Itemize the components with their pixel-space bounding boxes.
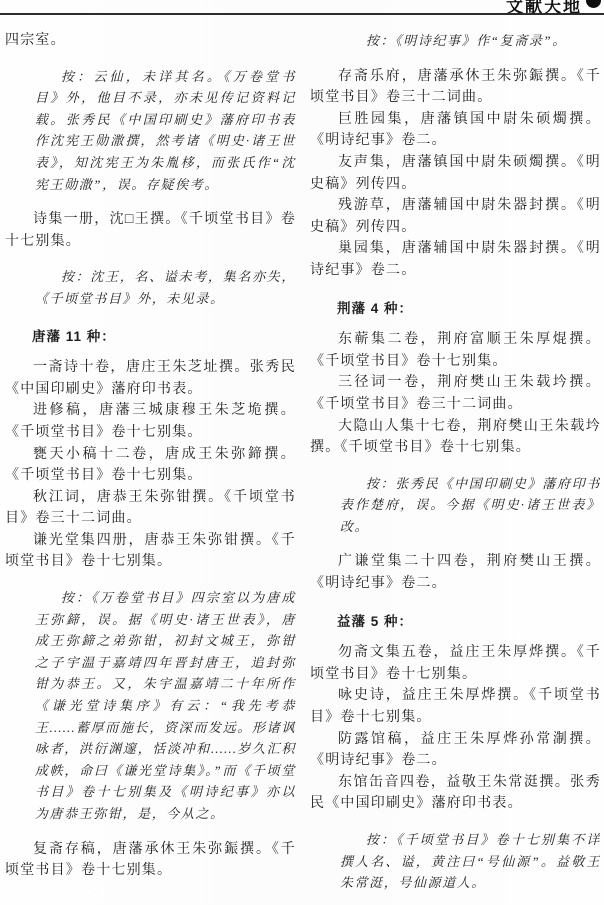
- entry-paragraph: 甕天小稿十二卷，唐成王朱弥鍗撰。《千顷堂书目》卷十七别集。: [5, 444, 296, 487]
- filled-circle-icon: [586, 0, 601, 8]
- book-page: 文献天地 四宗室。 按：云仙，未详其名。《万卷堂书目》外，他目不录，亦未见传记资…: [0, 0, 604, 905]
- entry-paragraph: 巨胜园集，唐藩镇国中尉朱硕燭撰。《明诗纪事》卷二。: [310, 109, 600, 152]
- annotation-note: 按：《千顷堂书目》卷十七别集不详撰人名、谥，黄注曰“号仙源”。益敬王朱常涏，号仙…: [310, 829, 600, 894]
- left-column: 四宗室。 按：云仙，未详其名。《万卷堂书目》外，他目不录，亦未见传记资料记载。张…: [5, 30, 296, 905]
- section-heading: 益藩 5 种：: [310, 611, 600, 633]
- text-columns: 四宗室。 按：云仙，未详其名。《万卷堂书目》外，他目不录，亦未见传记资料记载。张…: [5, 30, 600, 905]
- right-column: 按：《明诗纪事》作“复斋录”。 存斋乐府，唐藩承休王朱弥鋠撰。《千顷堂书目》卷三…: [310, 30, 600, 905]
- header-rule: [0, 13, 604, 15]
- entry-paragraph: 勿斋文集五卷，益庄王朱厚烨撰。《千顷堂书目》卷十七别集。: [310, 642, 600, 685]
- running-head: 文献天地: [0, 0, 604, 13]
- entry-paragraph: 咏史诗，益庄王朱厚烨撰。《千顷堂书目》卷十七别集。: [310, 685, 600, 728]
- annotation-note: 按：《明诗纪事》作“复斋录”。: [310, 30, 600, 52]
- entry-paragraph: 东馆缶音四卷，益敬王朱常涏撰。张秀民《中国印刷史》藩府印书表。: [310, 772, 600, 815]
- entry-paragraph: 复斋存稿，唐藩承休王朱弥鋠撰。《千顷堂书目》卷十七别集。: [5, 839, 296, 882]
- entry-paragraph: 谦光堂集四册，唐恭王朱弥钳撰。《千顷堂书目》卷十七别集。: [5, 530, 296, 573]
- entry-paragraph: 存斋乐府，唐藩承休王朱弥鋠撰。《千顷堂书目》卷三十二词曲。: [310, 66, 600, 109]
- annotation-note: 按：《万卷堂书目》四宗室以为唐成王弥鍗，误。据《明史·诸王世表》，唐成王弥鍗之弟…: [5, 587, 296, 825]
- entry-paragraph: 防露馆稿，益庄王朱厚烨孙常淛撰。《明诗纪事》卷二。: [310, 729, 600, 772]
- page-header-title: 文献天地: [506, 0, 582, 13]
- paragraph-continuation: 四宗室。: [5, 30, 296, 52]
- entry-paragraph: 诗集一册，沈□王撰。《千顷堂书目》卷十七别集。: [5, 209, 296, 252]
- annotation-note: 按：云仙，未详其名。《万卷堂书目》外，他目不录，亦未见传记资料记载。张秀民《中国…: [5, 66, 296, 196]
- entry-paragraph: 大隐山人集十七卷，荆府樊山王朱载坅撰。《千顷堂书目》卷十七别集。: [310, 416, 600, 459]
- entry-paragraph: 残游草，唐藩辅国中尉朱器封撰。《明史稿》列传四。: [310, 195, 600, 238]
- section-heading: 唐藩 11 种：: [5, 326, 296, 348]
- entry-paragraph: 秋江词，唐恭王朱弥钳撰。《千顷堂书目》卷三十二词曲。: [5, 487, 296, 530]
- entry-paragraph: 友声集，唐藩镇国中尉朱硕燭撰。《明史稿》列传四。: [310, 152, 600, 195]
- annotation-note: 按：沈王，名、谥未考，集名亦失，《千顷堂书目》外，未见录。: [5, 266, 296, 309]
- entry-paragraph: 东蕲集二卷，荆府富顺王朱厚焜撰。《千顷堂书目》卷十七别集。: [310, 329, 600, 372]
- entry-paragraph: 三径词一卷，荆府樊山王朱载坅撰。《千顷堂书目》卷三十二词曲。: [310, 372, 600, 415]
- entry-paragraph: 巢园集，唐藩辅国中尉朱器封撰。《明诗纪事》卷二。: [310, 238, 600, 281]
- entry-paragraph: 进修稿，唐藩三城康穆王朱芝垝撰。《千顷堂书目》卷十七别集。: [5, 400, 296, 443]
- annotation-note: 按：张秀民《中国印刷史》藩府印书表作楚府，误。今据《明史·诸王世表》改。: [310, 473, 600, 538]
- section-heading: 荆藩 4 种：: [310, 298, 600, 320]
- entry-paragraph: 一斋诗十卷，唐庄王朱芝址撰。张秀民《中国印刷史》藩府印书表。: [5, 357, 296, 400]
- entry-paragraph: 广谦堂集二十四卷，荆府樊山王撰。《明诗纪事》卷二。: [310, 551, 600, 594]
